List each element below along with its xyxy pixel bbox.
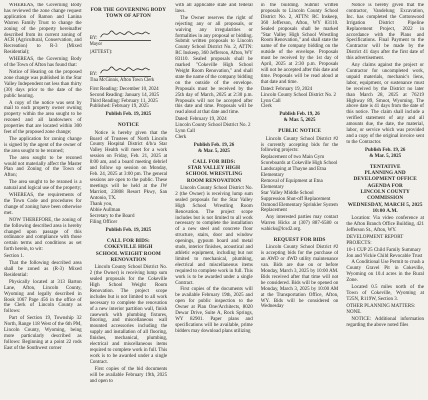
ordinance-finding-1: Notice of Hearing on the proposed zone c…	[4, 70, 82, 100]
ordinance-section-1-text: That the following described area shall …	[4, 261, 82, 279]
publish-line: Publish Feb. 19, 26 & Mar. 5, 2025	[261, 112, 339, 124]
hospital-notice-attribution: Thank you, Abbie Aullman Secretary to th…	[90, 202, 168, 226]
governing-body-header: FOR THE GOVERNING BODY TOWN OF AFTON	[90, 7, 168, 20]
public-notice-contact: Any interested parties may contact Warre…	[261, 215, 339, 233]
planning-agenda-notice: NOTICE: Additional information regarding…	[346, 317, 424, 329]
wrestling-bid-scope: Lincoln County School District No. 2 (th…	[175, 186, 253, 286]
signature-name: Mayor	[90, 42, 168, 48]
planning-agenda-other-matters: OTHER PLANNING MATTERS: NONE.	[346, 304, 424, 316]
ordinance-finding-2: A copy of the notice was sent by mail to…	[4, 101, 82, 136]
ordinance-readings: First Reading: December 10, 2024 Second …	[90, 87, 168, 111]
newspaper-column-1: WHEREAS, the Governing Body has reviewed…	[4, 3, 82, 397]
ordinance-therefore: NOW THEREFORE, the zoning of the followi…	[4, 218, 82, 253]
ordinance-finding-3: The application for zoning change is sig…	[4, 137, 82, 155]
hospital-notice-heading: NOTICE	[90, 122, 168, 128]
newspaper-column-4: in the building. Submit written proposal…	[261, 3, 339, 397]
newspaper-legal-notices-page: WHEREAS, the Governing Body has reviewed…	[0, 0, 428, 400]
wrestling-bid-documents: First copies of the documents will be av…	[175, 287, 253, 334]
ordinance-finding-4: The area sought to be rezoned would not …	[4, 156, 82, 180]
ordinance-section-1: Section 1.	[4, 254, 82, 260]
wrestling-bid-signoff: Dated: February 19, 2024 Lincoln County …	[261, 87, 339, 111]
ordinance-whereas-1: WHEREAS, the Governing Body has reviewed…	[4, 3, 82, 56]
signature-name: Tina McGinnis, Afton Town Clerk	[90, 78, 168, 84]
public-notice-intro: Lincoln County School District #2 is cur…	[261, 137, 339, 155]
planning-agenda-projects-label: DEVELOPMENT REPORT PROJECTS:	[346, 235, 424, 247]
ordinance-property-location: Physically located at 313 Barton Lane, A…	[4, 280, 82, 315]
contractor-notice-completion: Notice is hereby given that the contract…	[346, 3, 424, 62]
cokeville-bid-heading: CALL FOR BIDS: COKEVILLE HIGH SCHOOL WEI…	[90, 238, 168, 263]
signature-by-label: BY:	[90, 72, 98, 77]
planning-agenda-permit-location: Located 0.5 miles north of the Town of C…	[346, 285, 424, 303]
publish-line: Publish Feb. 19, 26 & Mar. 5, 2025	[175, 143, 253, 155]
ordinance-finding-5: The area sought to be rezoned is a natur…	[4, 180, 82, 192]
hospital-notice-body: Notice is hereby given that the Board of…	[90, 131, 168, 202]
cokeville-bid-scope: Lincoln County School District No. 2 (th…	[90, 265, 168, 365]
planning-agenda-heading: TENTATIVE PLANNING AND DEVELOPMENT OFFIC…	[346, 164, 424, 214]
attest-label: (ATTEST):	[90, 50, 168, 56]
cokeville-bid-continued: with all applicable state and federal la…	[175, 3, 253, 15]
newspaper-column-3: with all applicable state and federal la…	[175, 3, 253, 397]
wrestling-bid-continued: in the building. Submit written proposal…	[261, 3, 339, 86]
newspaper-column-5: Notice is hereby given that the contract…	[346, 3, 424, 397]
cokeville-bid-signoff: Dated: February 19, 2024 Lincoln County …	[175, 117, 253, 141]
newspaper-column-2: FOR THE GOVERNING BODY TOWN OF AFTONBY:M…	[90, 3, 168, 397]
signature-by-label: BY:	[90, 36, 98, 41]
ordinance-whereas-3: WHEREAS, the requirements of the Town Co…	[4, 193, 82, 217]
planning-agenda-location: Location: Via video conference at the Af…	[346, 216, 424, 234]
signature-scrawl-icon	[99, 27, 151, 41]
ordinance-legal-description: Part of Section 19, Township 32 North, R…	[4, 316, 82, 351]
mayor-signature: BY:Mayor	[90, 23, 168, 48]
planning-agenda-permit: A Conditional Use Permit to crush a Coun…	[346, 260, 424, 284]
signature-scrawl-icon	[99, 63, 151, 77]
cokeville-bid-documents: First copies of the bid documents will b…	[90, 367, 168, 385]
publish-line: Publish Feb. 19, 2025	[90, 228, 168, 234]
public-notice-heading: PUBLIC NOTICE	[261, 128, 339, 134]
publish-line: Publish Feb. 19, 2025	[90, 112, 168, 118]
request-for-bids-body: Lincoln County School District #2 is acc…	[261, 245, 339, 310]
wrestling-bid-heading: CALL FOR BIDS: STAR VALLEY HIGH SCHOOL W…	[175, 159, 253, 184]
cokeville-bid-submission: The Owner reserves the right of rejectin…	[175, 16, 253, 116]
clerk-signature: BY:Tina McGinnis, Afton Town Clerk	[90, 59, 168, 84]
request-for-bids-heading: REQUEST FOR BIDS	[261, 237, 339, 243]
public-notice-projects: Replacement of two Main Gym Scoreboards …	[261, 155, 339, 214]
planning-agenda-item: 10-1 CUP 25 Child Family Summary Jon and…	[346, 248, 424, 260]
publish-line: Publish Feb. 19, 26 & Mar. 5, 2025	[346, 148, 424, 160]
contractor-notice-claims: Any claims against the project or Contra…	[346, 63, 424, 146]
ordinance-whereas-2: WHEREAS, the Governing Body of the Town …	[4, 57, 82, 69]
